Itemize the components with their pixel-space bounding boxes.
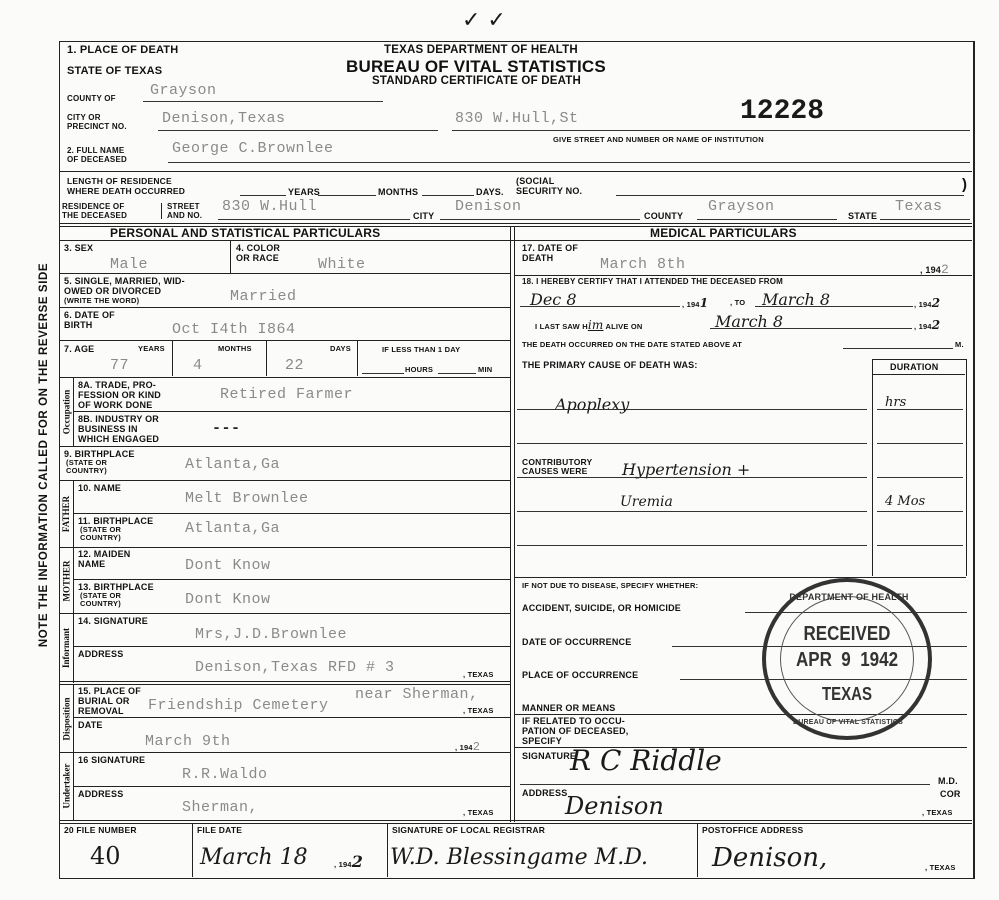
stamp-bottom-arc: BUREAU OF VITAL STATISTICS	[778, 718, 918, 728]
undertaker-signature-value: R.R.Waldo	[182, 766, 268, 783]
attended-from-year: , 1941	[682, 299, 708, 309]
father-birthplace-sublabel: (STATE OR COUNTRY)	[80, 526, 121, 542]
undertaker-signature-label: 16 SIGNATURE	[78, 755, 145, 765]
medical-section-title: MEDICAL PARTICULARS	[650, 227, 797, 240]
years-label: YEARS	[288, 187, 320, 197]
burial-date-label: DATE	[78, 720, 103, 730]
sex-label: 3. SEX	[64, 243, 93, 253]
md-label: M.D.	[938, 776, 958, 786]
residence-label: RESIDENCE OF THE DECEASED	[62, 203, 127, 220]
full-name-label: 2. FULL NAME OF DECEASED	[67, 146, 127, 164]
occurrence-place-label: PLACE OF OCCURRENCE	[522, 670, 638, 680]
informant-address-label: ADDRESS	[78, 649, 123, 659]
occupation-side-label: Occupation	[61, 390, 71, 435]
primary-cause-value: Apoplexy	[555, 395, 629, 414]
county-label: COUNTY OF	[67, 94, 116, 104]
burial-value: Friendship Cemetery	[148, 697, 329, 714]
last-saw-label: I LAST SAW Him ALIVE ON	[535, 321, 643, 331]
burial-label: 15. PLACE OF BURIAL OR REMOVAL	[78, 686, 141, 716]
industry-label: 8B. INDUSTRY OR BUSINESS IN WHICH ENGAGE…	[78, 414, 159, 444]
not-disease-label: IF NOT DUE TO DISEASE, SPECIFY WHETHER:	[522, 582, 698, 590]
cor-label: COR	[940, 789, 961, 799]
physician-texas-label: , TEXAS	[922, 809, 953, 817]
place-of-death-label: 1. PLACE OF DEATH	[67, 45, 178, 55]
full-name-value: George C.Brownlee	[172, 140, 334, 157]
age-label: 7. AGE	[64, 344, 94, 354]
postoffice-texas-label: , TEXAS	[925, 864, 956, 872]
contributory-cause-2: Uremia	[620, 494, 673, 510]
burial-value-note: near Sherman,	[355, 686, 479, 703]
mother-maiden-value: Dont Know	[185, 557, 271, 574]
file-date-value: March 18	[200, 845, 308, 870]
death-time-label: THE DEATH OCCURRED ON THE DATE STATED AB…	[522, 341, 742, 349]
county-value: Grayson	[150, 82, 217, 99]
file-year: , 1942	[334, 858, 363, 869]
file-number-label: 20 FILE NUMBER	[64, 825, 137, 835]
race-value: White	[318, 256, 366, 273]
certificate-number: 12228	[740, 96, 824, 127]
received-stamp: DEPARTMENT OF HEALTH RECEIVED APR 9 1942…	[762, 578, 932, 740]
birthplace-sublabel: (STATE OR COUNTRY)	[66, 459, 107, 475]
stamp-line-3: TEXAS	[766, 684, 928, 704]
street-label: STREET AND NO.	[167, 203, 202, 220]
disposition-side-label: Disposition	[61, 697, 71, 740]
postoffice-label: POSTOFFICE ADDRESS	[702, 825, 803, 835]
to-label: , TO	[730, 299, 745, 307]
accident-label: ACCIDENT, SUICIDE, OR HOMICIDE	[522, 603, 681, 613]
father-birthplace-value: Atlanta,Ga	[185, 520, 280, 537]
residence-length-label: LENGTH OF RESIDENCE WHERE DEATH OCCURRED	[67, 177, 185, 196]
last-saw-year: , 1942	[914, 321, 940, 331]
father-name-label: 10. NAME	[78, 483, 121, 493]
contributory-duration: 4 Mos	[885, 494, 925, 509]
dob-value: Oct I4th I864	[172, 321, 296, 338]
age-months-value: 4	[193, 357, 203, 374]
industry-value: ---	[212, 420, 241, 437]
city-value: Denison,Texas	[162, 110, 286, 127]
dob-label: 6. DATE OF BIRTH	[64, 310, 115, 330]
physician-signature-value: R C Riddle	[570, 744, 722, 777]
trade-label: 8A. TRADE, PRO- FESSION OR KIND OF WORK …	[78, 380, 161, 410]
age-days-value: 22	[285, 357, 304, 374]
primary-cause-label: THE PRIMARY CAUSE OF DEATH WAS:	[522, 360, 698, 370]
informant-signature-value: Mrs,J.D.Brownlee	[195, 626, 347, 643]
death-date-label: 17. DATE OF DEATH	[522, 243, 578, 263]
residence-city-value: Denison	[455, 198, 522, 215]
form-title: STANDARD CERTIFICATE OF DEATH	[372, 76, 581, 86]
registrar-label: SIGNATURE OF LOCAL REGISTRAR	[392, 825, 545, 835]
ssn-close: )	[962, 177, 967, 193]
death-street-value: 830 W.Hull,St	[455, 110, 579, 127]
check-marks: ✓ ✓	[462, 8, 506, 33]
state-label: STATE OF TEXAS	[67, 66, 162, 76]
stamp-line-2: APR 9 1942	[766, 648, 928, 672]
contributory-label: CONTRIBUTORY CAUSES WERE	[522, 458, 592, 476]
race-label: 4. COLOR OR RACE	[236, 243, 280, 263]
city-label: CITY OR PRECINCT NO.	[67, 113, 127, 131]
duration-label: DURATION	[890, 362, 938, 372]
physician-signature-label: SIGNATURE	[522, 751, 576, 761]
undertaker-side-label: Undertaker	[61, 764, 71, 809]
certify-label: 18. I HEREBY CERTIFY THAT I ATTENDED THE…	[522, 278, 783, 286]
burial-date-value: March 9th	[145, 733, 231, 750]
residence-street-value: 830 W.Hull	[222, 198, 317, 215]
occupation-related-label: IF RELATED TO OCCU- PATION OF DECEASED, …	[522, 716, 628, 746]
burial-year: , 1942	[455, 743, 480, 752]
street-caption: GIVE STREET AND NUMBER OR NAME OF INSTIT…	[553, 136, 764, 144]
sex-value: Male	[110, 256, 148, 273]
mother-birthplace-value: Dont Know	[185, 591, 271, 608]
birthplace-value: Atlanta,Ga	[185, 456, 280, 473]
months-label: MONTHS	[378, 187, 418, 197]
residence-city-label: CITY	[413, 211, 434, 221]
postoffice-value: Denison,	[712, 843, 827, 873]
registrar-signature-value: W.D. Blessingame M.D.	[390, 845, 648, 870]
undertaker-address-label: ADDRESS	[78, 789, 123, 799]
trade-value: Retired Farmer	[220, 386, 353, 403]
residence-state-value: Texas	[895, 198, 943, 215]
stamp-top-arc: DEPARTMENT OF HEALTH	[784, 592, 914, 602]
mother-side-label: MOTHER	[61, 560, 71, 601]
physician-address-label: ADDRESS	[522, 788, 567, 798]
residence-county-value: Grayson	[708, 198, 775, 215]
days-label: DAYS.	[476, 187, 504, 197]
age-days-label: DAYS	[330, 345, 351, 353]
ssn-label: (SOCIAL SECURITY NO.	[516, 177, 582, 196]
death-date-value: March 8th	[600, 256, 686, 273]
file-number-value: 40	[90, 842, 121, 870]
attended-to-year: , 1942	[914, 299, 940, 309]
min-label: MIN	[478, 366, 492, 374]
father-side-label: FATHER	[61, 496, 71, 532]
undertaker-address-value: Sherman,	[182, 799, 258, 816]
less-than-day-label: IF LESS THAN 1 DAY	[382, 346, 460, 354]
margin-note: NOTE THE INFORMATION CALLED FOR ON THE R…	[36, 200, 52, 710]
manner-label: MANNER OR MEANS	[522, 703, 616, 713]
marital-sublabel: (WRITE THE WORD)	[64, 297, 139, 305]
marital-value: Married	[230, 288, 297, 305]
death-year: , 1942	[920, 265, 949, 275]
bureau-title: BUREAU OF VITAL STATISTICS	[346, 58, 606, 76]
informant-texas-label: , TEXAS	[463, 671, 494, 679]
informant-side-label: Informant	[61, 628, 71, 668]
duration-box	[872, 359, 967, 576]
residence-county-label: COUNTY	[644, 211, 683, 221]
undertaker-texas-label: , TEXAS	[463, 809, 494, 817]
personal-section-title: PERSONAL AND STATISTICAL PARTICULARS	[110, 227, 380, 240]
agency-title: TEXAS DEPARTMENT OF HEALTH	[384, 45, 578, 55]
file-date-label: FILE DATE	[197, 825, 242, 835]
mother-maiden-label: 12. MAIDEN NAME	[78, 549, 131, 569]
informant-address-value: Denison,Texas RFD # 3	[195, 659, 395, 676]
father-name-value: Melt Brownlee	[185, 490, 309, 507]
residence-state-label: STATE	[848, 211, 877, 221]
hours-label: HOURS	[405, 366, 433, 374]
stamp-line-1: RECEIVED	[766, 622, 928, 646]
marital-label: 5. SINGLE, MARRIED, WID- OWED OR DIVORCE…	[64, 276, 185, 296]
age-years-value: 77	[110, 357, 129, 374]
age-years-label: YEARS	[138, 345, 165, 353]
informant-signature-label: 14. SIGNATURE	[78, 616, 148, 626]
primary-duration-value: hrs	[885, 395, 906, 410]
physician-address-value: Denison	[565, 792, 664, 820]
death-time-suffix: M.	[955, 341, 964, 349]
mother-birthplace-sublabel: (STATE OR COUNTRY)	[80, 592, 121, 608]
occurrence-date-label: DATE OF OCCURRENCE	[522, 637, 631, 647]
age-months-label: MONTHS	[218, 345, 252, 353]
burial-texas-label: , TEXAS	[463, 707, 494, 715]
